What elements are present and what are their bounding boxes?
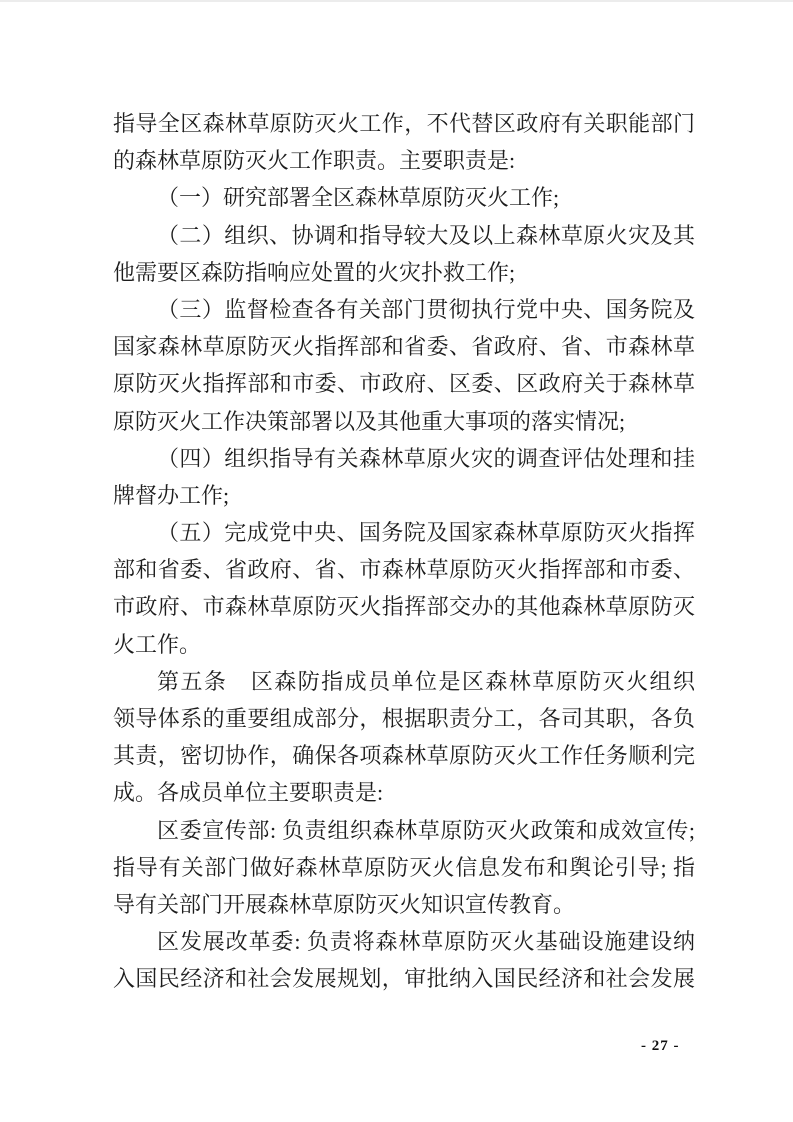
text-line-6: （三）监督检查各有关部门贯彻执行党中央、国务院及 xyxy=(113,291,695,328)
text-line-9: 原防灭火工作决策部署以及其他重大事项的落实情况; xyxy=(113,403,695,440)
text-line-11: 牌督办工作; xyxy=(113,477,695,514)
text-line-14: 市政府、市森林草原防灭火指挥部交办的其他森林草原防灭 xyxy=(113,588,695,625)
text-line-4: （二）组织、协调和指导较大及以上森林草原火灾及其 xyxy=(113,217,695,254)
text-line-19: 成。各成员单位主要职责是: xyxy=(113,774,695,811)
text-line-10: （四）组织指导有关森林草原火灾的调查评估处理和挂 xyxy=(113,440,695,477)
document-page: 指导全区森林草原防灭火工作，不代替区政府有关职能部门的森林草原防灭火工作职责。主… xyxy=(0,0,793,1122)
text-line-16: 第五条 区森防指成员单位是区森林草原防灭火组织 xyxy=(113,663,695,700)
text-line-17: 领导体系的重要组成部分，根据职责分工，各司其职，各负 xyxy=(113,700,695,737)
text-line-24: 入国民经济和社会发展规划，审批纳入国民经济和社会发展 xyxy=(113,960,695,997)
text-line-15: 火工作。 xyxy=(113,626,695,663)
page-number: - 27 - xyxy=(641,1038,680,1055)
text-line-22: 导有关部门开展森林草原防灭火知识宣传教育。 xyxy=(113,886,695,923)
text-line-20: 区委宣传部: 负责组织森林草原防灭火政策和成效宣传; xyxy=(113,812,695,849)
text-line-3: （一）研究部署全区森林草原防灭火工作; xyxy=(113,179,695,216)
text-line-7: 国家森林草原防灭火指挥部和省委、省政府、省、市森林草 xyxy=(113,328,695,365)
text-line-8: 原防灭火指挥部和市委、市政府、区委、区政府关于森林草 xyxy=(113,365,695,402)
text-line-23: 区发展改革委: 负责将森林草原防灭火基础设施建设纳 xyxy=(113,923,695,960)
text-line-12: （五）完成党中央、国务院及国家森林草原防灭火指挥 xyxy=(113,514,695,551)
text-line-5: 他需要区森防指响应处置的火灾扑救工作; xyxy=(113,254,695,291)
text-line-13: 部和省委、省政府、省、市森林草原防灭火指挥部和市委、 xyxy=(113,551,695,588)
text-line-18: 其责，密切协作，确保各项森林草原防灭火工作任务顺利完 xyxy=(113,737,695,774)
text-line-21: 指导有关部门做好森林草原防灭火信息发布和舆论引导; 指 xyxy=(113,849,695,886)
text-line-2: 的森林草原防灭火工作职责。主要职责是: xyxy=(113,142,695,179)
text-line-1: 指导全区森林草原防灭火工作，不代替区政府有关职能部门 xyxy=(113,105,695,142)
document-body: 指导全区森林草原防灭火工作，不代替区政府有关职能部门的森林草原防灭火工作职责。主… xyxy=(113,105,695,998)
